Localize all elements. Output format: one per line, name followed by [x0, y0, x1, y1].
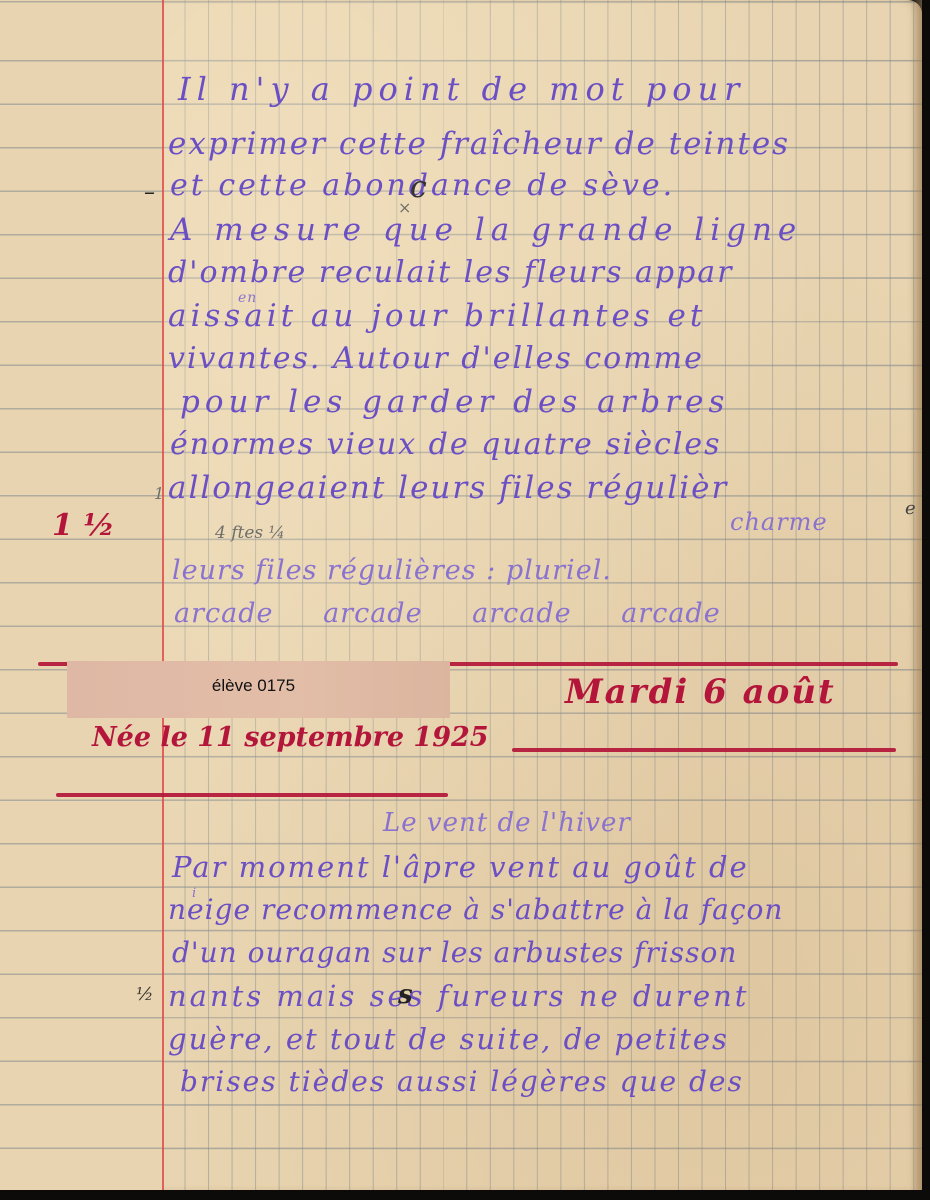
- correction-mark: s: [398, 980, 413, 1010]
- text-line: Il n'y a point de mot pour: [178, 70, 745, 108]
- correction-word: charme: [730, 508, 828, 536]
- student-id-label: élève 0175: [212, 676, 295, 696]
- insert-mark: i: [192, 886, 197, 901]
- text-line: Par moment l'âpre vent au goût de: [172, 850, 749, 884]
- red-rule-left: [56, 793, 448, 797]
- correction-mark: e: [905, 498, 916, 519]
- text-line: pour les garder des arbres: [180, 384, 729, 420]
- text-line: guère, et tout de suite, de petites: [168, 1022, 729, 1056]
- margin-mark: 1: [154, 484, 164, 503]
- text-line: d'un ouragan sur les arbustes frisson: [172, 936, 737, 969]
- grade-score: 1 ½: [52, 508, 115, 543]
- pencil-note: 4 ftes ¼: [215, 523, 285, 543]
- text-line: allongeaient leurs files régulièr: [168, 470, 728, 506]
- correction-line: leurs files régulières : pluriel.: [172, 555, 612, 586]
- correction-mark: c: [410, 170, 427, 205]
- margin-dash: –: [144, 180, 155, 205]
- text-line: A mesure que la grande ligne: [170, 212, 802, 248]
- redaction-box: élève 0175: [67, 661, 450, 718]
- text-line: exprimer cette fraîcheur de teintes: [168, 126, 790, 162]
- text-line: énormes vieux de quatre siècles: [170, 427, 722, 462]
- text-line: neige recommence à s'abattre à la façon: [168, 893, 783, 926]
- left-margin-area: [0, 0, 162, 1190]
- text-line: d'ombre reculait les fleurs appar: [168, 255, 734, 290]
- text-line: vivantes. Autour d'elles comme: [168, 341, 704, 376]
- correction-cross: ×: [398, 198, 411, 217]
- correction-line: arcade arcade arcade arcade: [174, 598, 721, 629]
- red-rule-right: [512, 748, 896, 752]
- dictation-title: Le vent de l'hiver: [383, 808, 631, 838]
- date-heading: Mardi 6 août: [565, 672, 836, 712]
- page-edge-shadow: [910, 0, 922, 1190]
- margin-grade: ½: [136, 984, 153, 1005]
- red-margin-line: [162, 0, 164, 1190]
- text-line: brises tièdes aussi légères que des: [180, 1065, 744, 1098]
- birth-date: Née le 11 septembre 1925: [92, 722, 489, 753]
- text-line: nants mais ses fureurs ne durent: [168, 979, 749, 1013]
- insert-mark: en: [238, 290, 257, 306]
